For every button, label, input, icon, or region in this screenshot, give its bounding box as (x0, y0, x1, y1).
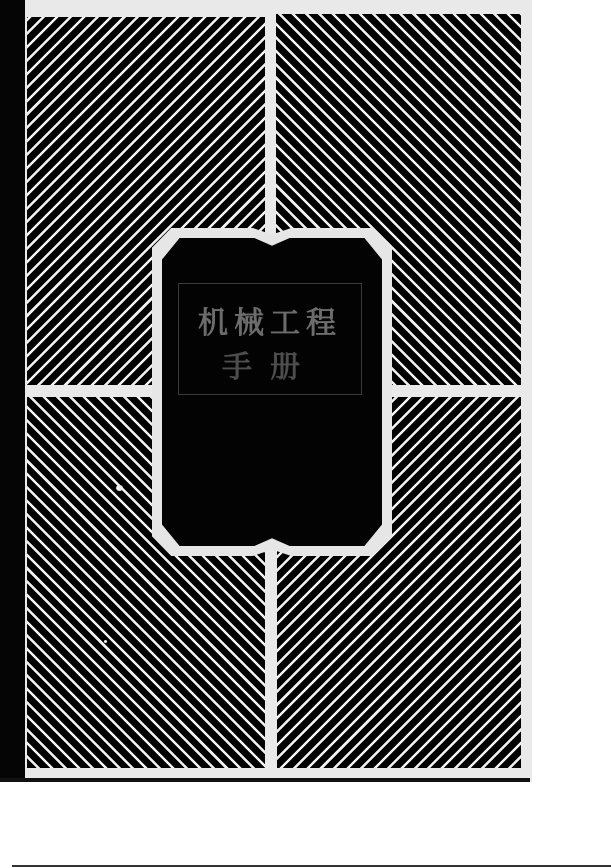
book-spine (0, 0, 25, 780)
page-bottom-rule (12, 865, 611, 867)
title-box: 机械工程 手册 (178, 283, 362, 395)
cover-bottom-edge (0, 778, 530, 782)
print-speck (116, 485, 123, 491)
print-speck (104, 640, 107, 643)
book-title-line1: 机械工程 (179, 298, 361, 342)
book-cover: 机械工程 手册 (0, 0, 532, 782)
book-title-line2: 手册 (179, 342, 361, 386)
